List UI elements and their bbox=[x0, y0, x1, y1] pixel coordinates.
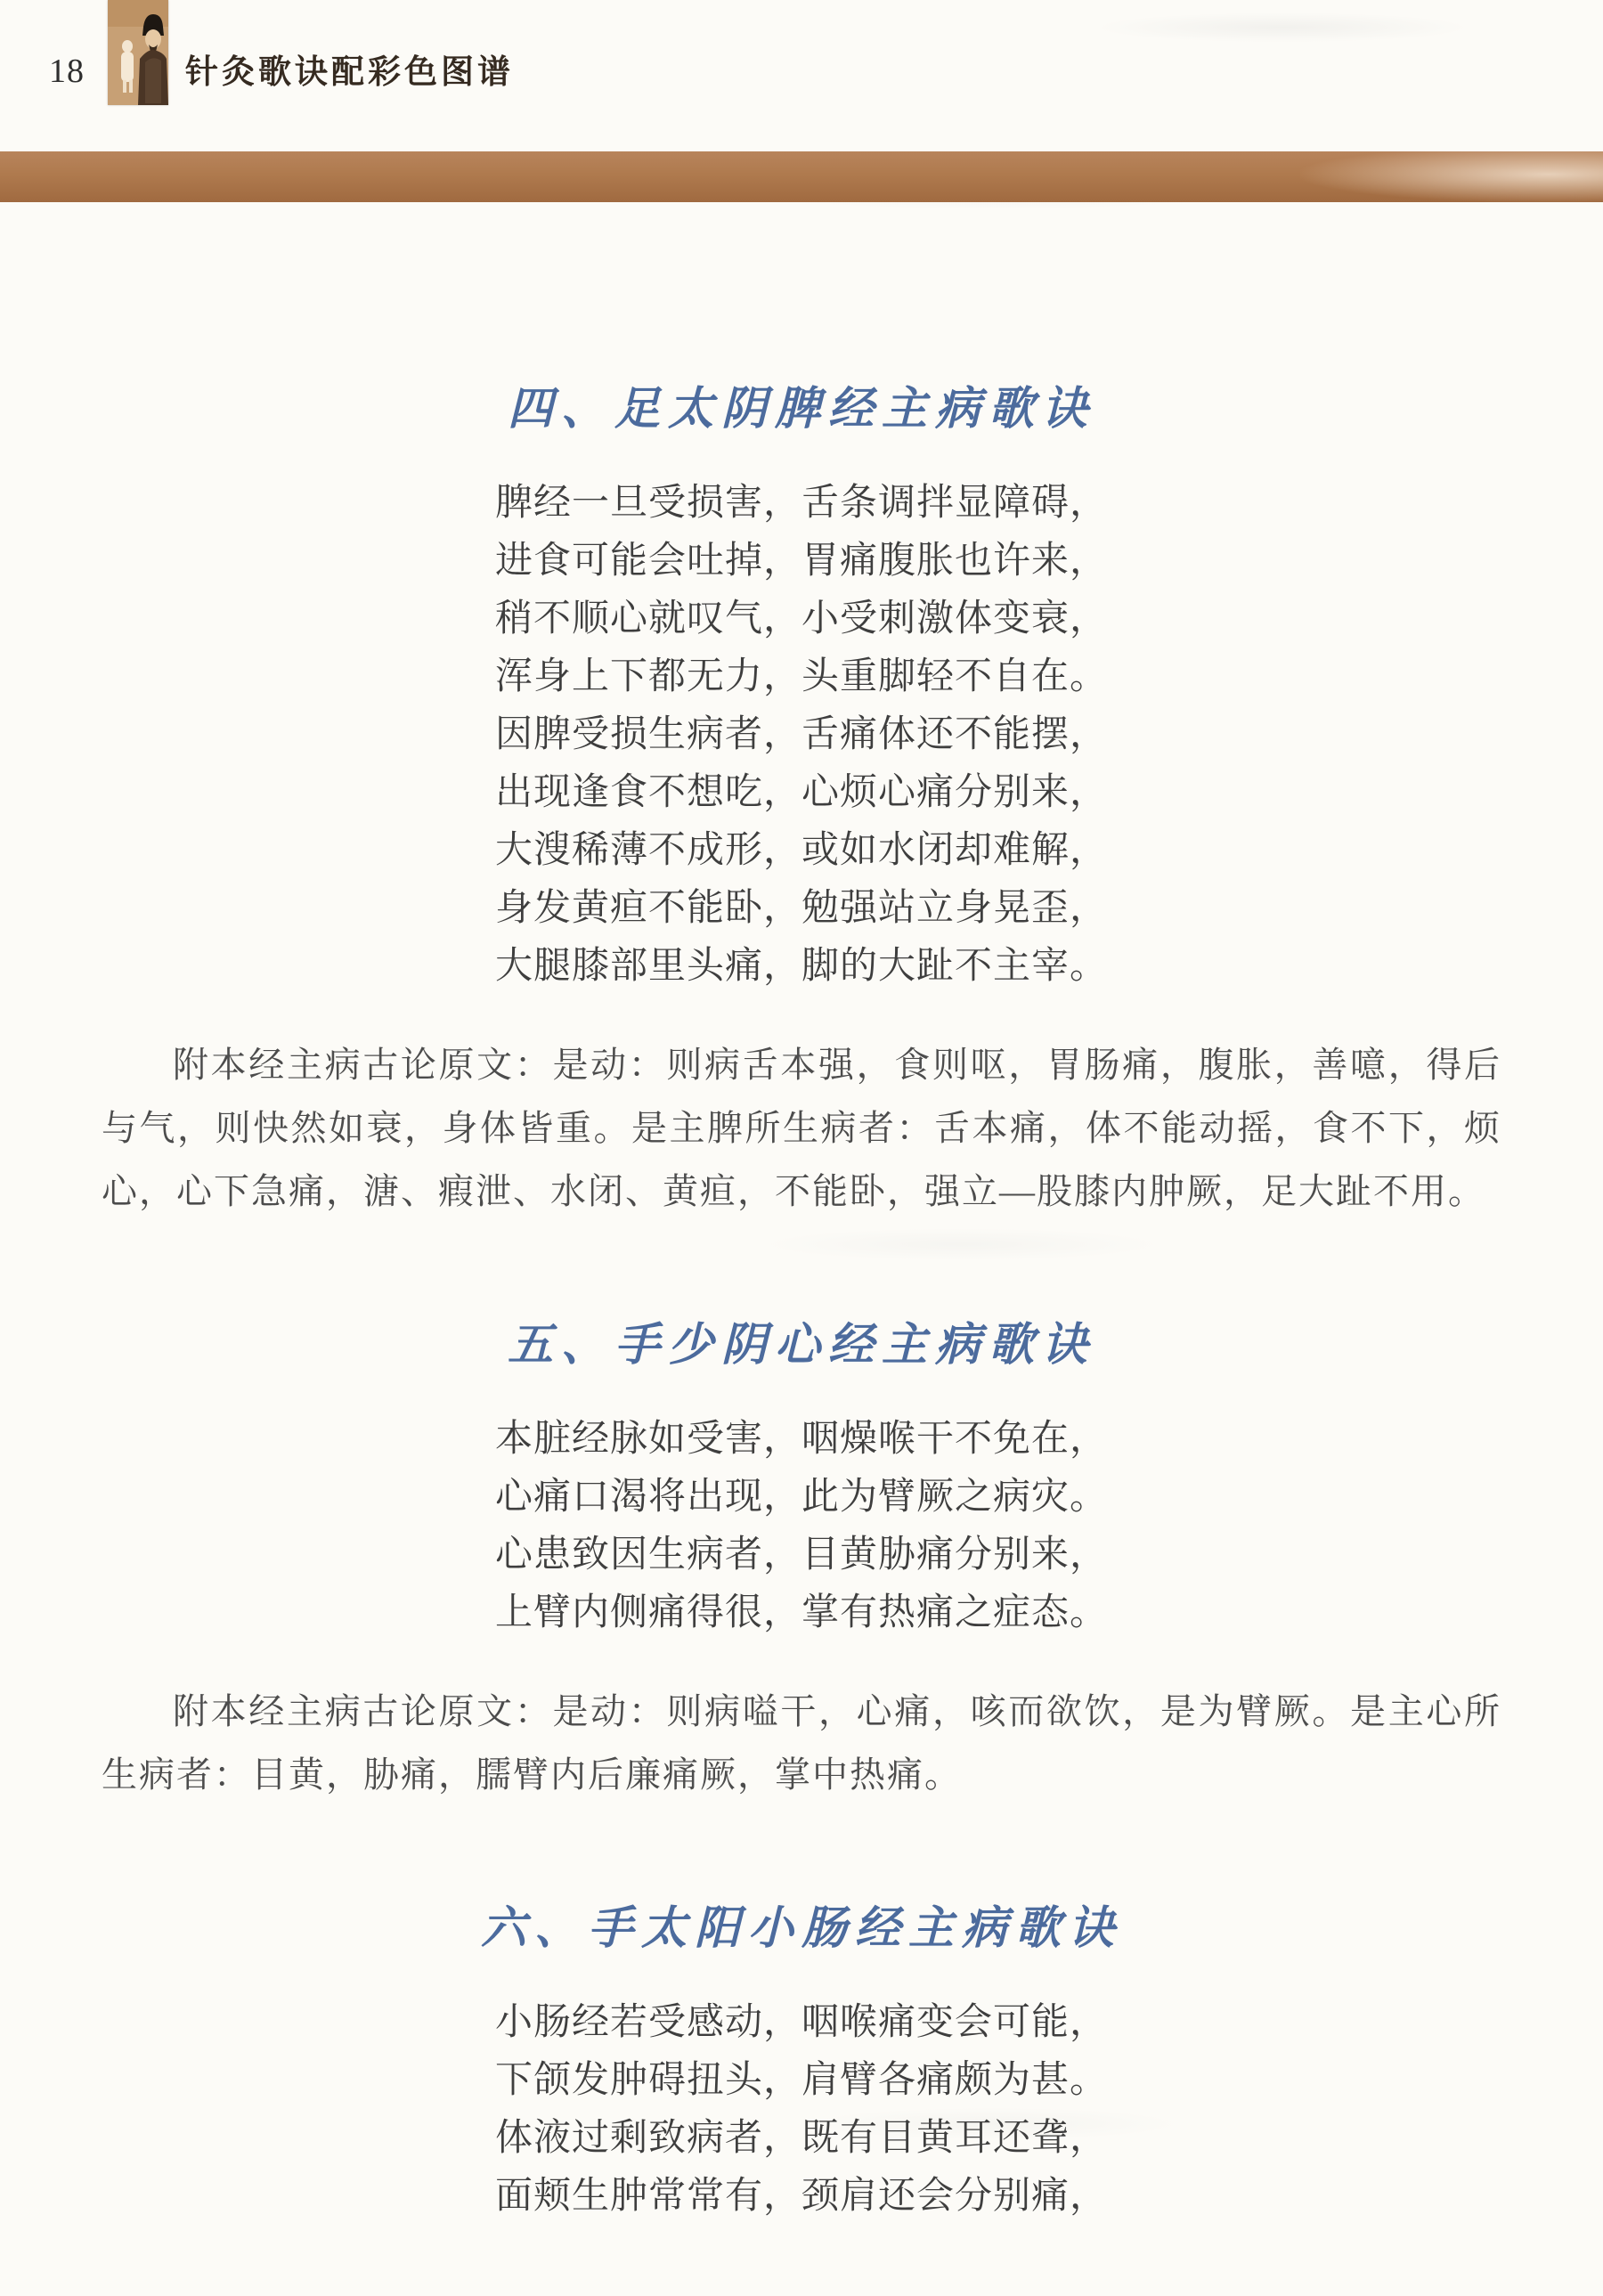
poem-line: 身发黄疸不能卧，勉强站立身晃歪， bbox=[94, 880, 1509, 938]
bar-texture-decoration bbox=[1300, 151, 1603, 202]
poem-line: 大腿膝部里头痛，脚的大趾不主宰。 bbox=[94, 938, 1509, 996]
poem-line: 心痛口渴将出现，此为臂厥之病灾。 bbox=[94, 1469, 1509, 1527]
poem: 脾经一旦受损害，舌条调拌显障碍，进食可能会吐掉，胃痛腹胀也许来，稍不顺心就叹气，… bbox=[94, 475, 1509, 996]
physician-portrait-image bbox=[108, 0, 168, 105]
page-content: 四、足太阴脾经主病歌诀 脾经一旦受损害，舌条调拌显障碍，进食可能会吐掉，胃痛腹胀… bbox=[0, 202, 1603, 2226]
section-title: 六、手太阳小肠经主病歌诀 bbox=[94, 1891, 1509, 1957]
poem-line: 心患致因生病者，目黄胁痛分别来， bbox=[94, 1527, 1509, 1584]
poem: 本脏经脉如受害，咽燥喉干不免在，心痛口渴将出现，此为臂厥之病灾。心患致因生病者，… bbox=[94, 1411, 1509, 1642]
poem-line: 本脏经脉如受害，咽燥喉干不免在， bbox=[94, 1411, 1509, 1469]
page-header: 18 针灸歌诀配彩色图谱 bbox=[0, 0, 1603, 151]
poem-line: 小肠经若受感动，咽喉痛变会可能， bbox=[94, 1994, 1509, 2052]
section: 四、足太阴脾经主病歌诀 脾经一旦受损害，舌条调拌显障碍，进食可能会吐掉，胃痛腹胀… bbox=[94, 371, 1509, 1223]
poem-line: 因脾受损生病者，舌痛体还不能摆， bbox=[94, 706, 1509, 764]
classical-note: 附本经主病古论原文：是动：则病嗌干，心痛，咳而欲饮，是为臂厥。是主心所生病者：目… bbox=[102, 1680, 1501, 1806]
poem-line: 进食可能会吐掉，胃痛腹胀也许来， bbox=[94, 533, 1509, 590]
section: 五、手少阴心经主病歌诀 本脏经脉如受害，咽燥喉干不免在，心痛口渴将出现，此为臂厥… bbox=[94, 1307, 1509, 1806]
poem-line: 出现逢食不想吃，心烦心痛分别来， bbox=[94, 764, 1509, 822]
poem-line: 大溲稀薄不成形，或如水闭却难解， bbox=[94, 822, 1509, 880]
poem-line: 体液过剩致病者，既有目黄耳还聋， bbox=[94, 2110, 1509, 2168]
page-number: 18 bbox=[49, 52, 85, 91]
poem-line: 面颊生肿常常有，颈肩还会分别痛， bbox=[94, 2168, 1509, 2226]
section-title: 五、手少阴心经主病歌诀 bbox=[94, 1307, 1509, 1373]
book-page: 18 针灸歌诀配彩色图谱 四、足太阴脾经主病歌诀 bbox=[0, 0, 1603, 2296]
physician-portrait-graphic bbox=[108, 0, 168, 105]
section: 六、手太阳小肠经主病歌诀 小肠经若受感动，咽喉痛变会可能，下颌发肿碍扭头，肩臂各… bbox=[94, 1891, 1509, 2226]
book-title: 针灸歌诀配彩色图谱 bbox=[185, 45, 514, 93]
decorative-brown-bar bbox=[0, 151, 1603, 202]
classical-note: 附本经主病古论原文：是动：则病舌本强，食则呕，胃肠痛，腹胀，善噫，得后与气，则快… bbox=[102, 1033, 1501, 1223]
poem-line: 上臂内侧痛得很，掌有热痛之症态。 bbox=[94, 1584, 1509, 1642]
poem-line: 脾经一旦受损害，舌条调拌显障碍， bbox=[94, 475, 1509, 533]
section-title: 四、足太阴脾经主病歌诀 bbox=[94, 371, 1509, 437]
poem-line: 稍不顺心就叹气，小受刺激体变衰， bbox=[94, 590, 1509, 648]
poem: 小肠经若受感动，咽喉痛变会可能，下颌发肿碍扭头，肩臂各痛颇为甚。体液过剩致病者，… bbox=[94, 1994, 1509, 2226]
poem-line: 浑身上下都无力，头重脚轻不自在。 bbox=[94, 648, 1509, 706]
poem-line: 下颌发肿碍扭头，肩臂各痛颇为甚。 bbox=[94, 2052, 1509, 2110]
